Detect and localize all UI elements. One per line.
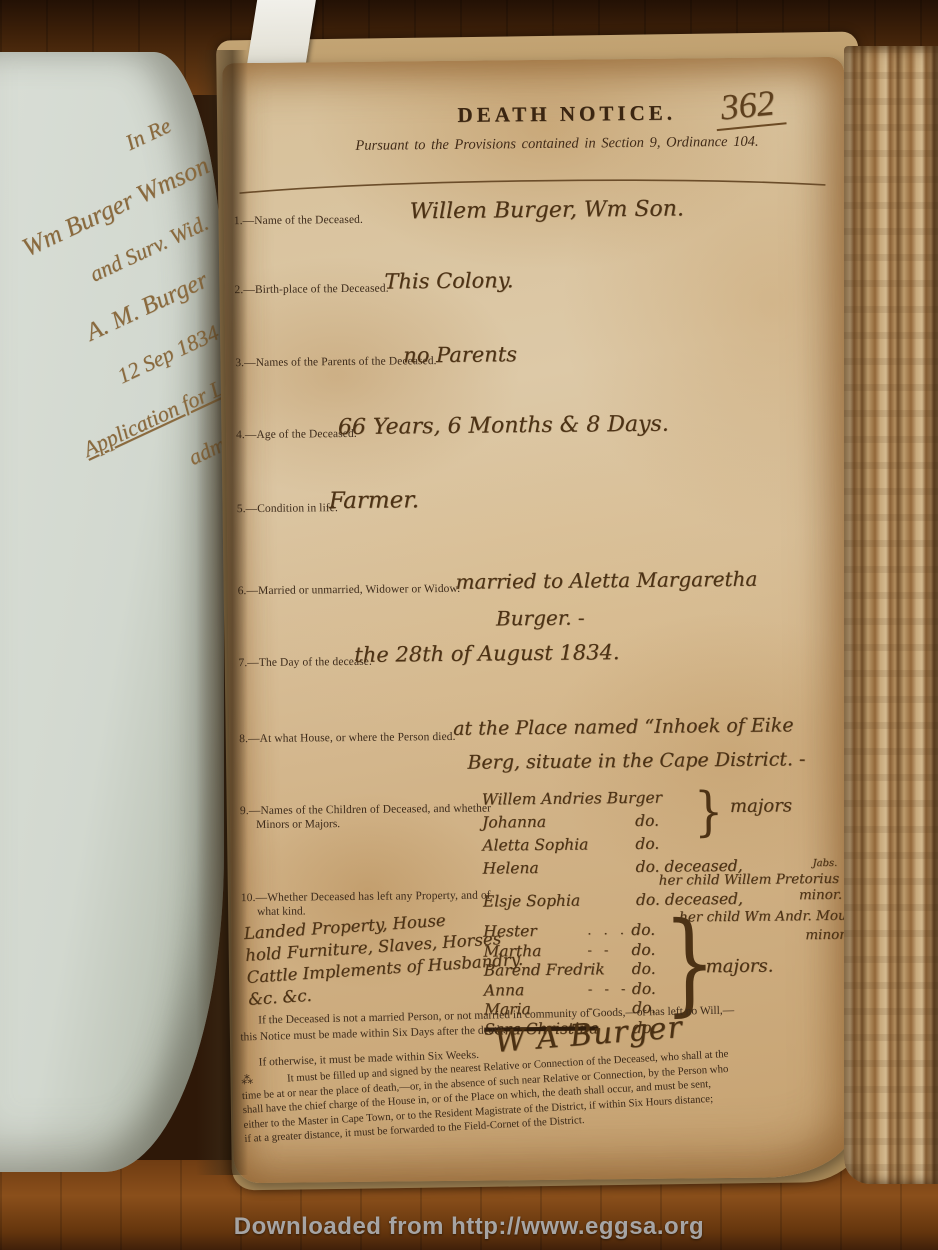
child-ditto: do. — [635, 812, 659, 830]
child-name: Aletta Sophia — [482, 835, 588, 854]
field-label-name: 1.—Name of the Deceased. — [234, 214, 363, 227]
child-name: Hester — [483, 922, 537, 941]
children-majors-label: majors. — [706, 956, 774, 978]
field-answer-birthplace: This Colony. — [384, 268, 513, 293]
field-label-married: 6.—Married or unmarried, Widower or Wido… — [238, 583, 461, 597]
field-label-children: 9.—Names of the Children of Deceased, an… — [240, 803, 491, 818]
field-label-place-of-death: 8.—At what House, or where the Person di… — [239, 731, 455, 745]
field-answer-condition: Farmer. — [329, 487, 420, 514]
asterism-icon: ⁂ — [241, 1072, 254, 1087]
child-name: Willem Andries Burger — [482, 789, 662, 809]
child-name: Barend Fredrik — [484, 960, 605, 979]
child-ditto: do. — [635, 835, 659, 853]
helena-child-note: her child Willem Pretorius — [659, 871, 840, 889]
helena-child-note-superscript: Jabs. — [813, 858, 838, 869]
children-majors-label: majors — [730, 795, 792, 817]
printed-note-six-days-line2: this Notice must be made within Six Days… — [240, 1024, 506, 1043]
child-name: Helena — [483, 859, 539, 878]
field-label-property: 10.—Whether Deceased has left any Proper… — [241, 890, 491, 905]
brace-icon: } — [694, 780, 724, 842]
field-label-day-of-decease: 7.—The Day of the decease. — [238, 656, 372, 669]
left-book-page: In Re Wm Burger Wmson and Surv. Wid. A. … — [0, 52, 224, 1172]
field-answer-age: 66 Years, 6 Months & 8 Days. — [338, 412, 669, 440]
leader-dots: - - — [587, 943, 612, 958]
helena-child-minor: minor. — [799, 887, 842, 903]
child-ditto: do. — [632, 979, 656, 997]
child-ditto: do. — [631, 940, 655, 958]
field-label-condition: 5.—Condition in life. — [237, 502, 338, 515]
child-ditto: do. — [631, 921, 655, 939]
child-row: Aletta Sophia do. — [482, 833, 812, 859]
watermark-text: Downloaded from http://www.eggsa.org — [0, 1213, 938, 1241]
photo-scene: In Re Wm Burger Wmson and Surv. Wid. A. … — [0, 0, 938, 1250]
leader-dots: - - - — [588, 982, 630, 997]
field-answer-place-of-death-line2: Berg, situate in the Cape District. - — [467, 748, 805, 774]
header-rule — [235, 175, 831, 197]
field-answer-day-of-decease: the 28th of August 1834. — [354, 640, 619, 667]
death-notice-page: 362 DEATH NOTICE. Pursuant to the Provis… — [222, 57, 856, 1183]
field-answer-name: Willem Burger, Wm Son. — [410, 196, 684, 224]
field-answer-parents: no Parents — [403, 342, 517, 367]
field-answer-married-line2: Burger. - — [496, 606, 585, 631]
book-fore-edges — [844, 46, 938, 1184]
field-label-property-line2: what kind. — [257, 905, 306, 918]
child-name: Johanna — [482, 813, 546, 832]
field-answer-married: married to Aletta Margaretha — [455, 567, 757, 594]
child-name: Martha — [483, 941, 541, 960]
child-name: Anna — [484, 981, 525, 999]
field-label-children-line2: Minors or Majors. — [256, 818, 340, 831]
field-answer-place-of-death: at the Place named “Inhoek of Eike — [453, 714, 794, 740]
child-ditto: do. — [632, 960, 656, 978]
field-label-birthplace: 2.—Birth-place of the Deceased. — [234, 283, 388, 297]
form-subtitle: Pursuant to the Provisions contained in … — [223, 133, 845, 157]
